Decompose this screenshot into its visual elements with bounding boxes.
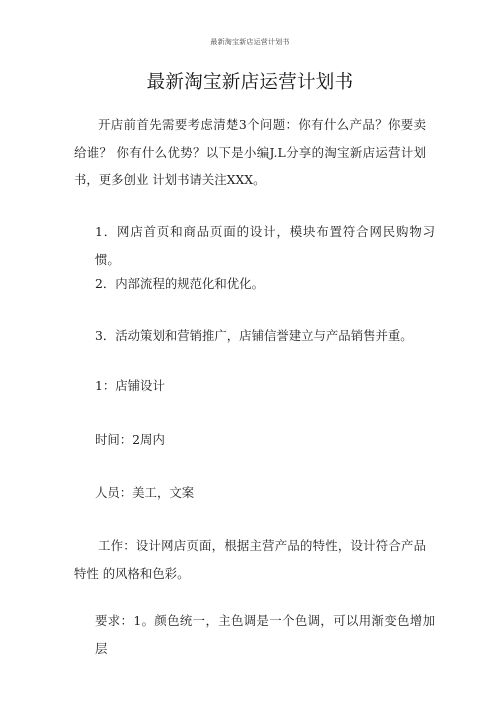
document-title: 最新淘宝新店运营计划书 bbox=[0, 68, 500, 94]
point-item-3: 3．活动策划和营销推广，店铺信誉建立与产品销售并重。 bbox=[95, 322, 435, 350]
section-time: 时间：2周内 bbox=[95, 426, 435, 454]
running-header: 最新淘宝新店运营计划书 bbox=[0, 37, 500, 47]
section-work: 工作：设计网店页面，根据主营产品的特性，设计符合产品特性 的风格和色彩。 bbox=[74, 532, 426, 587]
point-item-1: 1．网店首页和商品页面的设计，模块布置符合网民购物习惯。 bbox=[95, 218, 435, 273]
section-requirement: 要求：1。颜色统一，主色调是一个色调，可以用渐变色增加层 bbox=[95, 607, 435, 662]
section-staff: 人员：美工，文案 bbox=[95, 479, 435, 507]
document-page: 最新淘宝新店运营计划书 最新淘宝新店运营计划书 开店前首先需要考虑清楚3个问题：… bbox=[0, 0, 500, 708]
point-item-2: 2．内部流程的规范化和优化。 bbox=[95, 270, 435, 298]
section-heading: 1：店铺设计 bbox=[95, 372, 435, 400]
intro-paragraph: 开店前首先需要考虑清楚3个问题：你有什么产品？你要卖给谁？ 你有什么优势？以下是… bbox=[74, 111, 426, 194]
